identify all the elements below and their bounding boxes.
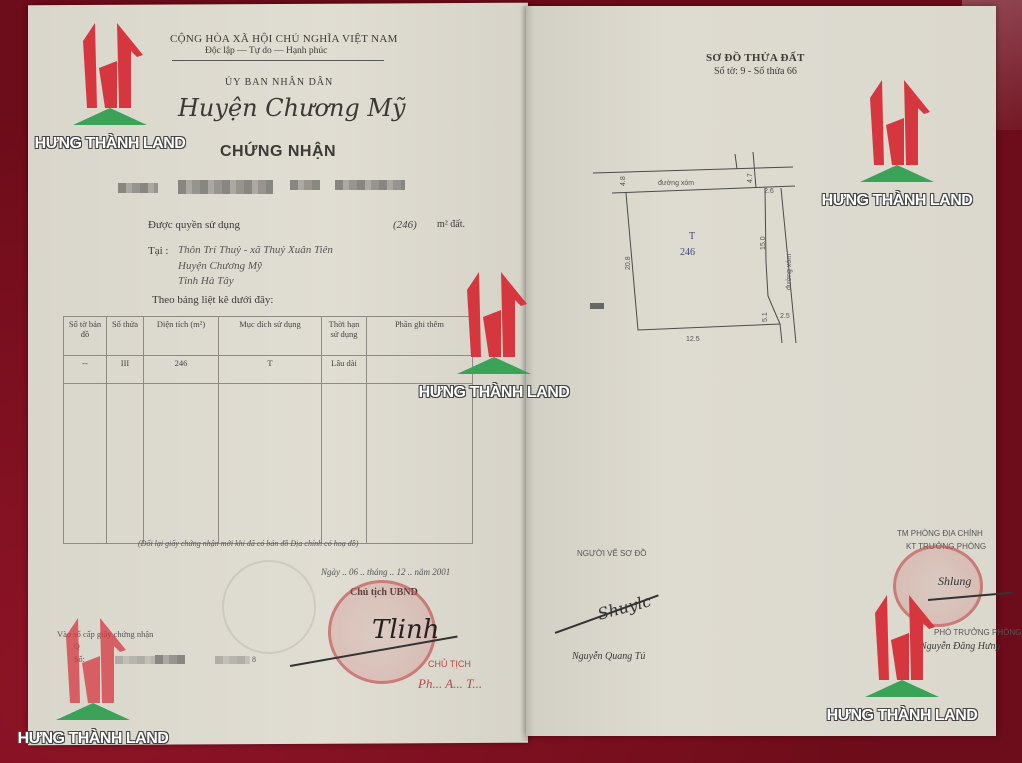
road-label-top: đường xóm xyxy=(658,180,694,187)
drawer-label: NGƯỜI VẼ SƠ ĐỒ xyxy=(577,549,646,558)
drawer-name: Nguyễn Quang Tú xyxy=(572,651,645,662)
dim-corner-bottom: 2.5 xyxy=(780,313,790,320)
brand-watermark: HƯNG THÀNH LAND xyxy=(25,13,195,153)
brand-name: HƯNG THÀNH LAND xyxy=(25,135,195,153)
dim-left: 20.8 xyxy=(625,256,632,270)
brand-watermark: HƯNG THÀNH LAND xyxy=(812,70,982,210)
plot-code: T xyxy=(689,231,695,242)
dim-top-left: 4.8 xyxy=(620,176,627,186)
brand-watermark: HƯNG THÀNH LAND xyxy=(409,262,579,402)
dept-label-1: TM PHÒNG ĐỊA CHÍNH xyxy=(897,529,983,538)
dim-bottom: 12.5 xyxy=(686,336,700,343)
ht-logo-icon xyxy=(812,70,982,190)
plot-area: 246 xyxy=(680,247,695,258)
brand-name: HƯNG THÀNH LAND xyxy=(409,384,579,402)
ht-logo-icon xyxy=(8,608,178,728)
dim-right-lower: 5.1 xyxy=(762,312,769,322)
dim-right: 15.0 xyxy=(760,236,767,250)
brand-name: HƯNG THÀNH LAND xyxy=(812,192,982,210)
dim-top-right: 4.7 xyxy=(747,173,754,183)
ht-logo-icon xyxy=(25,13,195,133)
ht-logo-icon xyxy=(409,262,579,382)
redaction-mark xyxy=(590,303,604,309)
brand-name: HƯNG THÀNH LAND xyxy=(8,730,178,748)
road-label-right: đường xóm xyxy=(786,254,793,290)
brand-name: HƯNG THÀNH LAND xyxy=(817,707,987,725)
ht-logo-icon xyxy=(817,585,987,705)
brand-watermark: HƯNG THÀNH LAND xyxy=(817,585,987,725)
dim-corner-top: 2.6 xyxy=(764,188,774,195)
brand-watermark: HƯNG THÀNH LAND xyxy=(8,608,178,748)
